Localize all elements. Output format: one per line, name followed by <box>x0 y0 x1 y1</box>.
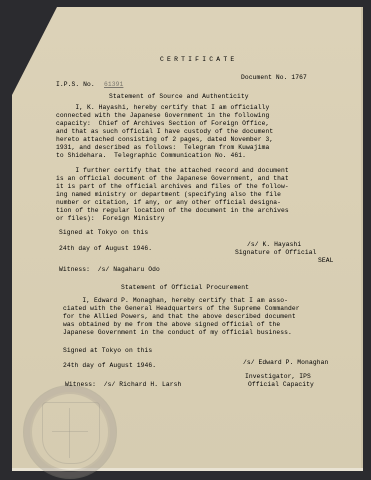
document-number: Document No. 1767 <box>241 74 307 82</box>
text-line: capacity: Chief of Archives Section of F… <box>56 120 269 128</box>
text-line: is an official document of the Japanese … <box>56 175 289 183</box>
text-line: it is part of the official archives and … <box>56 183 289 191</box>
text-line: was obtained by me from the above signed… <box>63 321 280 329</box>
official-seal-stamp <box>23 385 117 479</box>
text-line: number or citation, if any, or any other… <box>56 199 281 207</box>
ips-number: 61391 <box>104 81 123 89</box>
text-line: tion of the regular location of the docu… <box>56 207 289 215</box>
text-line: and that as such official I have custody… <box>56 128 273 136</box>
document-title: CERTIFICATE <box>160 56 237 64</box>
signed-at-2: Signed at Tokyo on this <box>63 347 152 355</box>
sign-date-2: 24th day of August 1946. <box>63 362 156 370</box>
text-line: hereto attached consisting of 2 pages, d… <box>56 136 273 144</box>
text-line: to Shidehara. Telegraphic Communication … <box>56 152 246 160</box>
seal-label: SEAL <box>318 257 334 265</box>
seal-cross-bar <box>52 431 88 432</box>
signed-at-1: Signed at Tokyo on this <box>59 229 148 237</box>
seal-cross-icon <box>69 408 70 458</box>
text-line: connected with the Japanese Government i… <box>56 112 269 120</box>
text-line: 1931, and described as follows: Telegram… <box>56 144 269 152</box>
text-line: for the Allied Powers, and that the abov… <box>63 313 296 321</box>
text-line: I, Edward P. Monaghan, hereby certify th… <box>63 297 288 305</box>
sign-date-1: 24th day of August 1946. <box>59 245 152 253</box>
seal-crest-icon <box>42 402 100 464</box>
text-line: I, K. Hayashi, hereby certify that I am … <box>56 104 269 112</box>
signature-caption: Signature of Official <box>235 249 316 257</box>
section-heading-source: Statement of Source and Authenticity <box>109 93 249 101</box>
witness-2: Witness: /s/ Richard H. Larsh <box>65 381 181 389</box>
section-heading-procurement: Statement of Official Procurement <box>121 284 249 292</box>
text-line: or files): Foreign Ministry <box>56 215 165 223</box>
signature-monaghan: /s/ Edward P. Monaghan <box>243 359 328 367</box>
text-line: ing named ministry or department (specif… <box>56 191 281 199</box>
signature-hayashi: /s/ K. Hayashi <box>247 241 301 249</box>
official-capacity: Official Capacity <box>248 381 314 389</box>
ips-label: I.P.S. No. <box>56 81 95 89</box>
investigator-title: Investigator, IPS <box>245 373 311 381</box>
witness-1: Witness: /s/ Nagaharu Odo <box>59 266 160 274</box>
text-line: Japanese Government in the conduct of my… <box>63 329 292 337</box>
text-line: ciated with the General Headquarters of … <box>63 305 300 313</box>
text-line: I further certify that the attached reco… <box>56 167 289 175</box>
